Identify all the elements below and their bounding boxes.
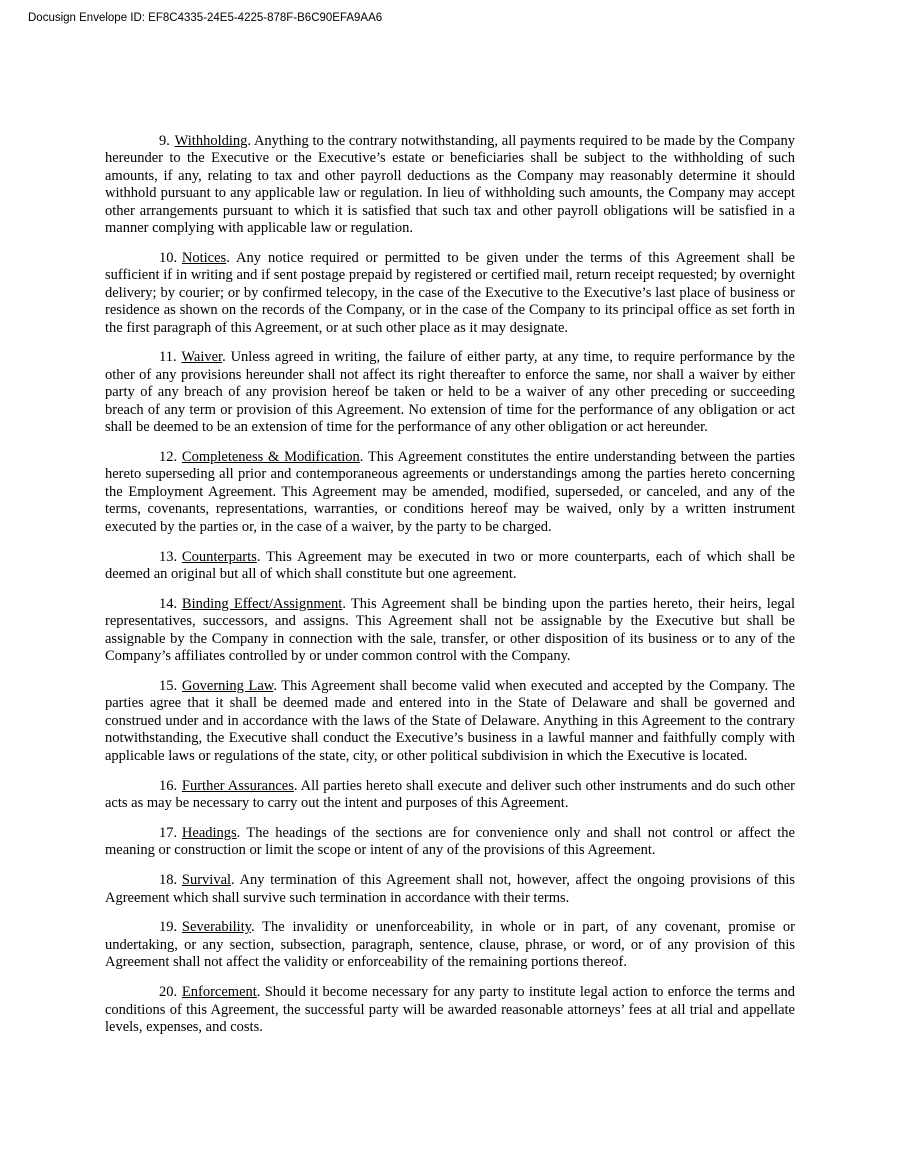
- agreement-section: 11.Waiver. Unless agreed in writing, the…: [105, 349, 795, 436]
- section-number: 13.: [159, 549, 177, 565]
- section-heading: Severability: [182, 919, 251, 935]
- section-heading: Enforcement: [182, 984, 257, 1000]
- section-heading: Notices: [182, 250, 226, 266]
- section-heading: Headings: [182, 825, 237, 841]
- section-heading: Survival: [182, 872, 231, 888]
- section-number: 14.: [159, 596, 177, 612]
- agreement-body: 9.Withholding. Anything to the contrary …: [105, 133, 795, 1036]
- agreement-section: 12.Completeness & Modification. This Agr…: [105, 449, 795, 536]
- section-number: 11.: [159, 349, 177, 365]
- section-number: 16.: [159, 778, 177, 794]
- section-number: 12.: [159, 449, 177, 465]
- section-number: 20.: [159, 984, 177, 1000]
- section-number: 15.: [159, 678, 177, 694]
- section-number: 9.: [159, 133, 170, 149]
- agreement-section: 17.Headings. The headings of the section…: [105, 825, 795, 860]
- agreement-section: 14.Binding Effect/Assignment. This Agree…: [105, 596, 795, 666]
- agreement-section: 13.Counterparts. This Agreement may be e…: [105, 549, 795, 584]
- section-number: 19.: [159, 919, 177, 935]
- section-heading: Completeness & Modification: [182, 449, 360, 465]
- section-heading: Waiver: [181, 349, 222, 365]
- agreement-section: 10.Notices. Any notice required or permi…: [105, 250, 795, 337]
- agreement-section: 16.Further Assurances. All parties heret…: [105, 778, 795, 813]
- agreement-section: 15.Governing Law. This Agreement shall b…: [105, 678, 795, 765]
- section-heading: Withholding: [175, 133, 248, 149]
- section-number: 18.: [159, 872, 177, 888]
- agreement-section: 9.Withholding. Anything to the contrary …: [105, 133, 795, 237]
- agreement-section: 18.Survival. Any termination of this Agr…: [105, 872, 795, 907]
- section-number: 17.: [159, 825, 177, 841]
- agreement-section: 20.Enforcement. Should it become necessa…: [105, 984, 795, 1036]
- section-heading: Further Assurances: [182, 778, 294, 794]
- agreement-section: 19.Severability. The invalidity or unenf…: [105, 919, 795, 971]
- section-number: 10.: [159, 250, 177, 266]
- docusign-envelope-id: Docusign Envelope ID: EF8C4335-24E5-4225…: [28, 12, 382, 24]
- section-heading: Binding Effect/Assignment: [182, 596, 342, 612]
- section-heading: Governing Law: [182, 678, 273, 694]
- section-heading: Counterparts: [182, 549, 257, 565]
